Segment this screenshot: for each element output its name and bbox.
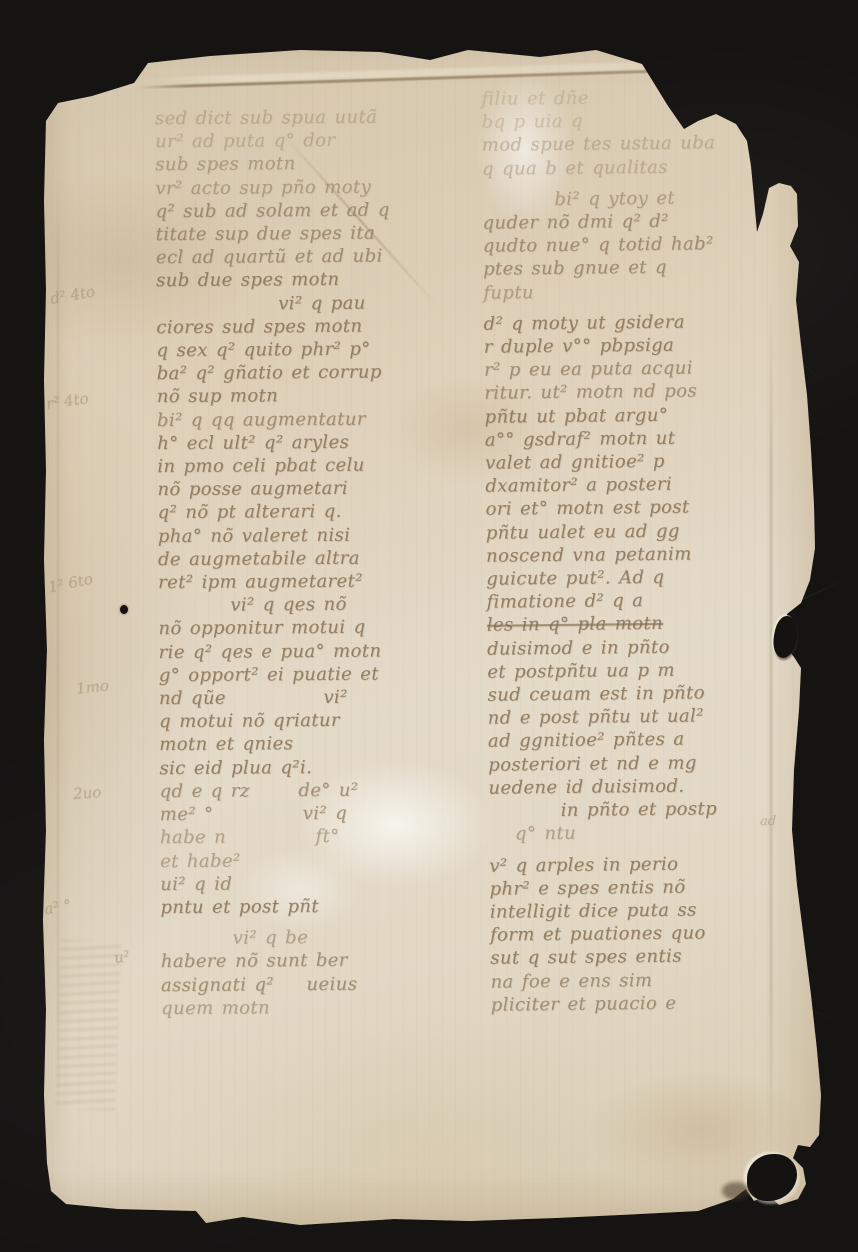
text-line: sub spes motn (155, 151, 485, 177)
text-line: qd e q rz de° u² (160, 778, 490, 804)
text-line: pha° nõ valeret nisi (158, 523, 488, 549)
left-text-column: sed dict sub spua uutãur² ad puta q° dor… (155, 105, 491, 1020)
text-line: ret² ipm augmetaret² (158, 569, 488, 595)
manuscript-leaf: sed dict sub spua uutãur² ad puta q° dor… (0, 0, 858, 1252)
text-line: fuptu (483, 278, 813, 305)
text-line: vi² q be (161, 925, 491, 951)
text-line: titate sup due spes ita (156, 221, 486, 247)
text-line: fimatione d² q a (486, 588, 816, 615)
text-line: vi² q qes nõ (158, 592, 488, 618)
text-line: ba² q² gñatio et corrup (157, 360, 487, 386)
text-line: in pmo celi pbat celu (157, 453, 487, 479)
dark-smudge (722, 1182, 750, 1200)
text-line: noscend vna petanim (486, 541, 816, 568)
text-line: vi² q pau (156, 290, 486, 316)
text-line: nd e post pñtu ut ual² (488, 704, 818, 731)
text-line: vr² acto sup pño moty (155, 174, 485, 200)
text-line: nd qũe vi² (159, 685, 489, 711)
text-line: sud ceuam est in pñto (487, 680, 817, 707)
photo-background: sed dict sub spua uutãur² ad puta q° dor… (0, 0, 858, 1252)
text-line: nõ opponitur motui q (158, 615, 488, 641)
text-line: pliciter et puacio e (491, 990, 821, 1017)
text-line: mod spue tes ustua uba (482, 131, 812, 158)
text-line: form et puationes quo (490, 920, 820, 947)
text-line: quem motn (161, 995, 491, 1021)
text-line: h° ecl ult² q² aryles (157, 430, 487, 456)
text-line: de augmetabile altra (158, 546, 488, 572)
text-line: intelligit dice puta ss (490, 897, 820, 924)
text-line: ritur. ut² motn nd pos (484, 379, 814, 406)
text-line: et habe² (160, 847, 490, 873)
wormhole (120, 605, 128, 614)
margin-note: ad (760, 814, 776, 829)
text-line: ecl ad quartũ et ad ubi (156, 244, 486, 270)
text-line: sed dict sub spua uutã (155, 105, 485, 131)
text-line: qudto nue° q totid hab² (483, 232, 813, 259)
text-line: motn et qnies (159, 731, 489, 757)
ink-bleedthrough (55, 939, 121, 1111)
text-line: assignati q² ueius (161, 971, 491, 997)
text-line: rie q² qes e pua° motn (159, 639, 489, 665)
text-line: pñtu ualet eu ad gg (486, 518, 816, 545)
text-line: q² sub ad solam et ad q (155, 198, 485, 224)
text-line: ui² q id (160, 871, 490, 897)
text-line: sut q sut spes entis (490, 944, 820, 971)
text-line: r² p eu ea puta acqui (484, 356, 814, 383)
text-line: quder nõ dmi q² d² (482, 208, 812, 235)
text-line: nõ posse augmetari (157, 476, 487, 502)
text-line: guicute put². Ad q (486, 564, 816, 591)
text-line: les in q° pla motn (487, 611, 817, 638)
text-line: nõ sup motn (157, 383, 487, 409)
text-line: q² nõ pt alterari q. (158, 499, 488, 525)
text-line: v² q arples in perio (489, 851, 819, 878)
text-line: bi² q qq augmentatur (157, 406, 487, 432)
text-line: habe n ft° (160, 824, 490, 850)
text-line: q qua b et qualitas (482, 154, 812, 181)
text-line: ptes sub gnue et q (483, 255, 813, 282)
margin-note: 1mo (75, 676, 110, 697)
text-line: pñtu ut pbat argu° (484, 402, 814, 429)
text-line: filiu et dñe (481, 84, 811, 111)
right-text-column: filiu et dñebq p uia qmod spue tes ustua… (481, 84, 821, 1016)
text-line: na foe e ens sim (490, 967, 820, 994)
text-line: phr² e spes entis nõ (489, 874, 819, 901)
text-line: ur² ad puta q° dor (155, 128, 485, 154)
text-line: duisimod e in pñto (487, 634, 817, 661)
margin-note: u² (113, 947, 131, 967)
text-line: valet ad gnitioe² p (485, 448, 815, 475)
text-line: posteriori et nd e mg (488, 750, 818, 777)
margin-note: 2uo (72, 783, 101, 803)
text-line: pntu et post pñt (160, 894, 490, 920)
text-line: ori et° motn est post (485, 495, 815, 522)
text-line: et postpñtu ua p m (487, 657, 817, 684)
text-line: bi² q ytoy et (482, 185, 812, 212)
text-line: bq p uia q (481, 107, 811, 134)
text-line: ciores sud spes motn (156, 314, 486, 340)
text-line: q sex q² quito phr² p° (156, 337, 486, 363)
text-line: r duple v°° pbpsiga (484, 332, 814, 359)
text-line: uedene id duisimod. (488, 773, 818, 800)
text-line: sub due spes motn (156, 267, 486, 293)
text-line: d² q moty ut gsidera (483, 309, 813, 336)
text-line: me² ° vi² q (160, 801, 490, 827)
text-line: dxamitor² a posteri (485, 472, 815, 499)
text-line: ad ggnitioe² pñtes a (488, 727, 818, 754)
text-line: habere nõ sunt ber (161, 948, 491, 974)
text-line: g° opport² ei puatie et (159, 662, 489, 688)
text-line: sic eid plua q²i. (159, 755, 489, 781)
text-line: q motui nõ qriatur (159, 708, 489, 734)
text-line: a°° gsdraf² motn ut (485, 425, 815, 452)
